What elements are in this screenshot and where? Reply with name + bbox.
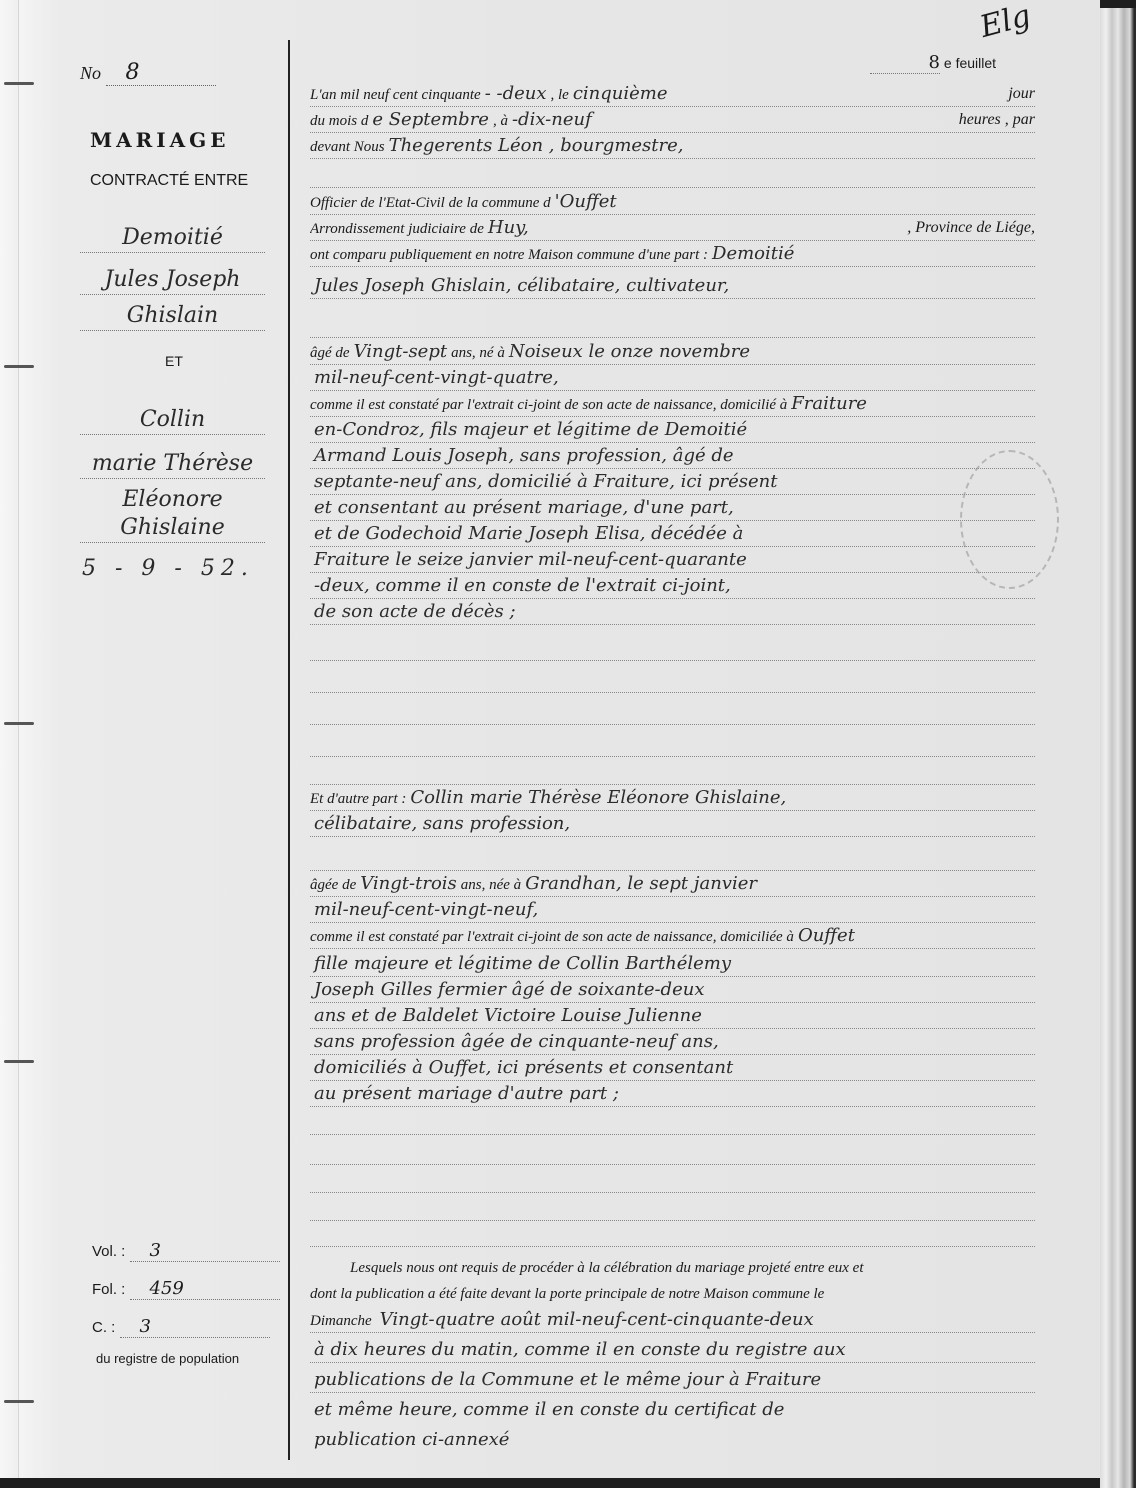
handwritten-entry: Huy, [488, 217, 529, 238]
handwritten-entry: e Septembre [372, 109, 489, 130]
handwritten-entry: Armand Louis Joseph, sans profession, âg… [314, 445, 734, 466]
handwritten-entry: septante-neuf ans, domicilié à Fraiture,… [314, 471, 777, 492]
act-line [310, 163, 1035, 188]
separator-dash: - [178, 518, 183, 537]
handwritten-entry: Noiseux le onze novembre [509, 341, 750, 362]
act-line: domiciliés à Ouffet, ici présents et con… [310, 1056, 1035, 1081]
printed-text: , le [551, 87, 569, 103]
act-line [310, 760, 1035, 785]
printed-text: Arrondissement judiciaire de [310, 221, 484, 237]
handwritten-entry: et de Godechoid Marie Joseph Elisa, décé… [314, 523, 743, 544]
act-line: au présent mariage d'autre part ; [310, 1082, 1035, 1107]
handwritten-entry: domiciliés à Ouffet, ici présents et con… [314, 1057, 733, 1078]
handwritten-entry: Vingt-trois [360, 873, 457, 894]
act-line: âgé deVingt-septans, né àNoiseux le onze… [310, 340, 1035, 365]
handwritten-entry: Ouffet [798, 925, 855, 946]
printed-text: comme il est constaté par l'extrait ci-j… [310, 397, 787, 413]
act-line: -deux, comme il en conste de l'extrait c… [310, 574, 1035, 599]
handwritten-entry: célibataire, sans profession, [314, 813, 570, 834]
bride-surname: Collin [80, 406, 265, 435]
handwritten-entry: cinquième [573, 83, 668, 104]
handwritten-entry: - -deux [485, 83, 547, 104]
handwritten-entry: Joseph Gilles fermier âgé de soixante-de… [314, 979, 704, 1000]
bride-firstnames-2: Eléonore Ghislaine [80, 486, 265, 543]
printed-text: ans, née à [461, 877, 521, 893]
closing-hand-line: à dix heures du matin, comme il en const… [310, 1338, 1035, 1363]
closing-line-3: Dimanche Vingt-quatre août mil-neuf-cent… [310, 1308, 1035, 1333]
act-line: âgée deVingt-troisans, née àGrandhan, le… [310, 872, 1035, 897]
act-number: No 8 [80, 60, 216, 86]
staple-mark [4, 365, 34, 368]
registry-c: C. : 3 [92, 1316, 270, 1338]
handwritten-entry: Vingt-sept [354, 341, 448, 362]
act-line: Officier de l'Etat-Civil de la commune d… [310, 190, 1035, 215]
handwritten-entry: Collin marie Thérèse Eléonore Ghislaine, [410, 787, 786, 808]
staple-mark [4, 1060, 34, 1063]
printed-line-end: , Province de Liége, [907, 216, 1035, 240]
handwritten-entry: fille majeure et légitime de Collin Bart… [314, 953, 731, 974]
act-line: Armand Louis Joseph, sans profession, âg… [310, 444, 1035, 469]
register-page: No 8 MARIAGE CONTRACTÉ ENTRE Demoitié Ju… [0, 0, 1100, 1478]
groom-firstnames: Jules Joseph [80, 266, 265, 295]
act-line [310, 1140, 1035, 1165]
registry-volume: Vol. : 3 [92, 1240, 280, 1262]
closing-line-1: Lesquels nous ont requis de procéder à l… [310, 1256, 1040, 1280]
printed-text: ont comparu publiquement en notre Maison… [310, 247, 708, 263]
groom-surname: Demoitié [80, 224, 265, 253]
bride-firstnames: marie Thérèse [80, 450, 265, 479]
handwritten-entry: mil-neuf-cent-vingt-neuf, [314, 899, 538, 920]
act-line: mil-neuf-cent-vingt-neuf, [310, 898, 1035, 923]
act-line: fille majeure et légitime de Collin Bart… [310, 952, 1035, 977]
handwritten-entry: sans profession âgée de cinquante-neuf a… [314, 1031, 719, 1052]
act-line: Jules Joseph Ghislain, célibataire, cult… [310, 274, 1035, 299]
marriage-date-short: 5 - 9 - 52. [82, 556, 254, 581]
act-line: devant NousThegerents Léon , bourgmestre… [310, 134, 1035, 159]
binding-strip [0, 0, 19, 1478]
handwritten-entry: ans et de Baldelet Victoire Louise Julie… [314, 1005, 702, 1026]
act-line: comme il est constaté par l'extrait ci-j… [310, 392, 1035, 417]
handwritten-entry: mil-neuf-cent-vingt-quatre, [314, 367, 559, 388]
registry-caption: du registre de population [96, 1351, 239, 1366]
printed-text: âgé de [310, 345, 350, 361]
act-line [310, 700, 1035, 725]
conjunction: ET [165, 353, 183, 369]
act-line: de son acte de décès ; [310, 600, 1035, 625]
handwritten-entry: Fraiture le seize janvier mil-neuf-cent-… [314, 549, 747, 570]
act-line: Et d'autre part :Collin marie Thérèse El… [310, 786, 1035, 811]
registry-folio: Fol. : 459 [92, 1278, 280, 1300]
handwritten-entry: 'Ouffet [555, 191, 617, 212]
printed-text: , à [493, 113, 508, 129]
closing-hand-line: publication ci-annexé [310, 1428, 1035, 1452]
handwritten-entry: au présent mariage d'autre part ; [314, 1083, 619, 1104]
printed-text: ans, né à [451, 345, 505, 361]
act-line: Joseph Gilles fermier âgé de soixante-de… [310, 978, 1035, 1003]
handwritten-entry: de son acte de décès ; [314, 601, 516, 622]
handwritten-entry: Thegerents Léon , bourgmestre, [389, 135, 684, 156]
act-line [310, 636, 1035, 661]
act-line [310, 668, 1035, 693]
act-line: et consentant au présent mariage, d'une … [310, 496, 1035, 521]
printed-text: devant Nous [310, 139, 385, 155]
handwritten-entry: Grandhan, le sept janvier [525, 873, 757, 894]
act-number-value: 8 [106, 60, 216, 86]
act-line: septante-neuf ans, domicilié à Fraiture,… [310, 470, 1035, 495]
handwritten-entry: et consentant au présent mariage, d'une … [314, 497, 734, 518]
printed-text: du mois d [310, 113, 368, 129]
document-title: MARIAGE [90, 128, 229, 152]
printed-text: Et d'autre part : [310, 791, 406, 807]
printed-line-end: heures , par [959, 108, 1035, 132]
act-line: comme il est constaté par l'extrait ci-j… [310, 924, 1035, 949]
act-line [310, 846, 1035, 871]
act-line: jourL'an mil neuf cent cinquante- -deux,… [310, 82, 1035, 107]
initials-signature: Elg [976, 0, 1034, 45]
closing-line-2: dont la publication a été faite devant l… [310, 1282, 1035, 1306]
printed-text: Officier de l'Etat-Civil de la commune d [310, 195, 551, 211]
printed-text: âgée de [310, 877, 356, 893]
handwritten-entry: Jules Joseph Ghislain, célibataire, cult… [314, 275, 729, 296]
act-line: sans profession âgée de cinquante-neuf a… [310, 1030, 1035, 1055]
act-line: , Province de Liége,Arrondissement judic… [310, 216, 1035, 241]
printed-text: L'an mil neuf cent cinquante [310, 87, 481, 103]
sheet-number-value: 8 [870, 52, 940, 74]
handwritten-entry: Demoitié [712, 243, 794, 264]
act-number-label: No [80, 63, 101, 83]
act-line [310, 1222, 1035, 1247]
sheet-label: e feuillet [944, 55, 996, 71]
act-line: ans et de Baldelet Victoire Louise Julie… [310, 1004, 1035, 1029]
printed-line-end: jour [1008, 82, 1035, 106]
sheet-number: 8 e feuillet [870, 52, 996, 74]
act-line: mil-neuf-cent-vingt-quatre, [310, 366, 1035, 391]
groom-firstnames-2: Ghislain [80, 302, 265, 331]
act-line: célibataire, sans profession, [310, 812, 1035, 837]
act-line [310, 1110, 1035, 1135]
handwritten-entry: en-Condroz, fils majeur et légitime de D… [314, 419, 747, 440]
closing-hand-line: publications de la Commune et le même jo… [310, 1368, 1035, 1393]
margin-divider [288, 40, 290, 1460]
handwritten-entry: -deux, comme il en conste de l'extrait c… [314, 575, 731, 596]
act-line: en-Condroz, fils majeur et légitime de D… [310, 418, 1035, 443]
act-line: ont comparu publiquement en notre Maison… [310, 242, 1035, 267]
staple-mark [4, 722, 34, 725]
staple-mark [4, 1400, 34, 1403]
closing-hand-line: et même heure, comme il en conste du cer… [310, 1398, 1035, 1422]
act-line [310, 313, 1035, 338]
act-line [310, 1168, 1035, 1193]
document-subtitle: CONTRACTÉ ENTRE [90, 172, 248, 190]
handwritten-entry: Fraiture [791, 393, 867, 414]
act-line: Fraiture le seize janvier mil-neuf-cent-… [310, 548, 1035, 573]
handwritten-entry: -dix-neuf [512, 109, 592, 130]
act-line [310, 1196, 1035, 1221]
act-line: et de Godechoid Marie Joseph Elisa, décé… [310, 522, 1035, 547]
printed-text: comme il est constaté par l'extrait ci-j… [310, 929, 794, 945]
staple-mark [4, 82, 34, 85]
book-page-edges [1100, 8, 1136, 1488]
act-line [310, 732, 1035, 757]
act-line: heures , pardu mois de Septembre, à-dix-… [310, 108, 1035, 133]
